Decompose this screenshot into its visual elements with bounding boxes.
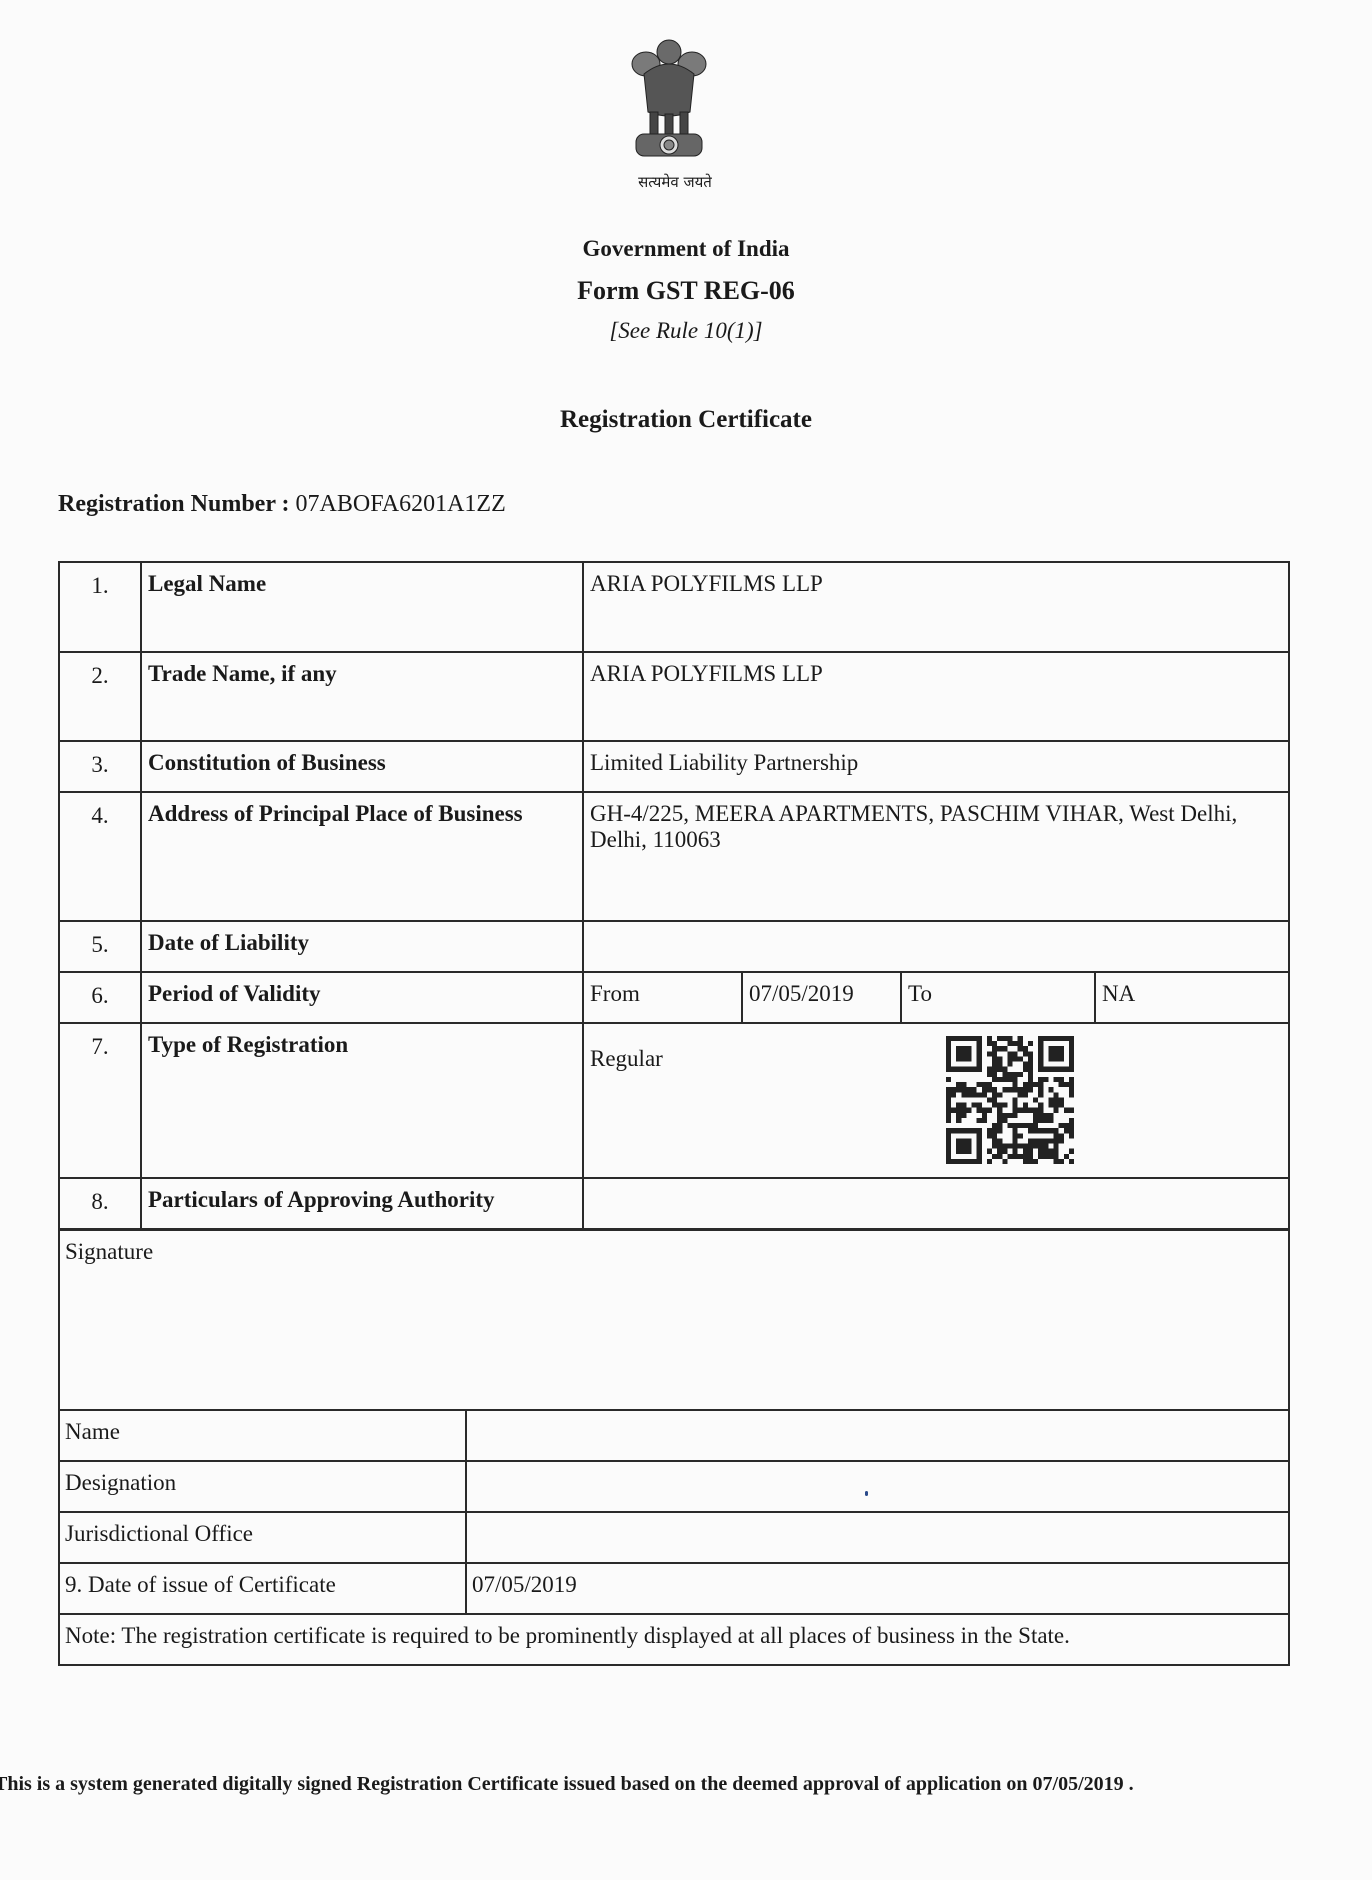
form-title: Form GST REG-06 (0, 276, 1372, 306)
issue-date-value: 07/05/2019 (466, 1563, 1289, 1614)
name-label: Name (59, 1410, 466, 1461)
row-label: Legal Name (141, 562, 583, 652)
row-number: 1. (59, 562, 141, 652)
jurisdictional-office-value (466, 1512, 1289, 1563)
registration-number: Registration Number : 07ABOFA6201A1ZZ (58, 491, 506, 518)
row-label: Particulars of Approving Authority (141, 1178, 583, 1229)
table-row: Name (59, 1410, 1289, 1461)
constitution-value: Limited Liability Partnership (583, 741, 1289, 792)
date-of-liability-value (583, 921, 1289, 972)
row-label: Date of Liability (141, 921, 583, 972)
table-row: 6. Period of Validity From 07/05/2019 To… (59, 972, 1289, 1023)
row-number: 4. (59, 792, 141, 921)
row-number: 5. (59, 921, 141, 972)
row-label: Period of Validity (141, 972, 583, 1023)
validity-to-value: NA (1095, 972, 1289, 1023)
row-number: 8. (59, 1178, 141, 1229)
table-row: Jurisdictional Office (59, 1512, 1289, 1563)
validity-to-label: To (901, 972, 1095, 1023)
approving-authority-value (583, 1178, 1289, 1229)
row-number: 2. (59, 652, 141, 741)
system-generated-footer: This is a system generated digitally sig… (0, 1773, 1134, 1796)
signature-row: Signature (59, 1230, 1289, 1410)
table-row: 3. Constitution of Business Limited Liab… (59, 741, 1289, 792)
table-row: Designation (59, 1461, 1289, 1512)
table-row: 5. Date of Liability (59, 921, 1289, 972)
display-note: Note: The registration certificate is re… (59, 1614, 1289, 1665)
note-row: Note: The registration certificate is re… (59, 1614, 1289, 1665)
government-heading: Government of India (0, 236, 1372, 262)
rule-reference: [See Rule 10(1)] (0, 318, 1372, 344)
address-value: GH-4/225, MEERA APARTMENTS, PASCHIM VIHA… (583, 792, 1289, 921)
signature-label: Signature (59, 1230, 1289, 1410)
table-row: 9. Date of issue of Certificate 07/05/20… (59, 1563, 1289, 1614)
designation-label: Designation (59, 1461, 466, 1512)
table-row: 8. Particulars of Approving Authority (59, 1178, 1289, 1229)
registration-number-label: Registration Number : (58, 491, 290, 517)
registration-type-value: Regular (583, 1023, 1289, 1178)
motto: सत्यमेव जयते (560, 172, 790, 192)
row-number: 3. (59, 741, 141, 792)
table-row: 2. Trade Name, if any ARIA POLYFILMS LLP (59, 652, 1289, 741)
ink-mark (865, 1491, 868, 1496)
trade-name-value: ARIA POLYFILMS LLP (583, 652, 1289, 741)
qr-code-icon (946, 1036, 1074, 1164)
table-row: 1. Legal Name ARIA POLYFILMS LLP (59, 562, 1289, 652)
designation-value (466, 1461, 1289, 1512)
row-number: 6. (59, 972, 141, 1023)
validity-from-label: From (583, 972, 742, 1023)
registration-details-table: 1. Legal Name ARIA POLYFILMS LLP 2. Trad… (58, 561, 1290, 1230)
legal-name-value: ARIA POLYFILMS LLP (583, 562, 1289, 652)
row-label: Type of Registration (141, 1023, 583, 1178)
registration-number-value: 07ABOFA6201A1ZZ (296, 491, 506, 517)
name-value (466, 1410, 1289, 1461)
table-row: 7. Type of Registration Regular (59, 1023, 1289, 1178)
jurisdictional-office-label: Jurisdictional Office (59, 1512, 466, 1563)
row-number: 7. (59, 1023, 141, 1178)
authority-table: Signature Name Designation Jurisdictiona… (58, 1229, 1290, 1666)
issue-date-label: 9. Date of issue of Certificate (59, 1563, 466, 1614)
table-row: 4. Address of Principal Place of Busines… (59, 792, 1289, 921)
row-label: Constitution of Business (141, 741, 583, 792)
document-title: Registration Certificate (0, 406, 1372, 434)
national-emblem-icon (624, 34, 714, 169)
row-label: Trade Name, if any (141, 652, 583, 741)
validity-from-value: 07/05/2019 (742, 972, 901, 1023)
row-label: Address of Principal Place of Business (141, 792, 583, 921)
